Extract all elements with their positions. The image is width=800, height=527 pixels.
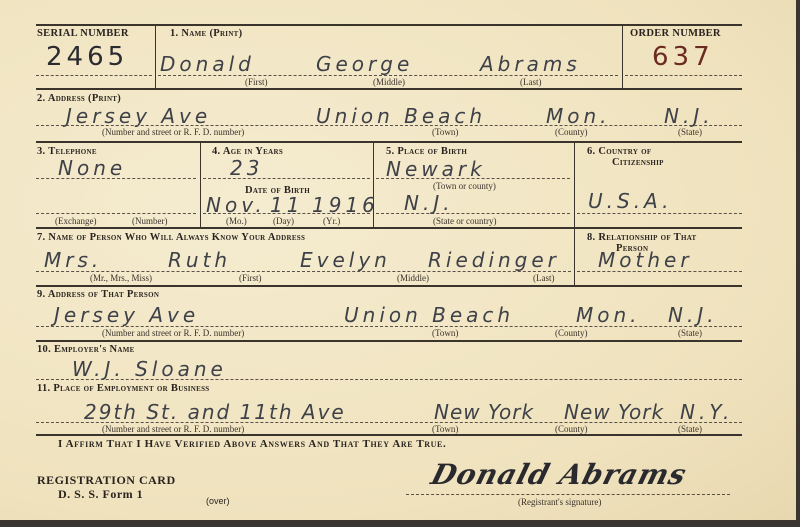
employment-town: New York [434, 400, 534, 424]
birthplace-town-caption: (Town or county) [433, 181, 496, 191]
contact-address-street: Jersey Ave [54, 303, 199, 327]
employment-state: N.Y. [680, 400, 733, 424]
serial-number-value: 2465 [46, 42, 128, 72]
contact-address-town: Union Beach [344, 303, 514, 327]
telephone-value: None [58, 156, 126, 180]
address-street-caption: (Number and street or R. F. D. number) [102, 127, 244, 137]
contact-address-state-caption: (State) [678, 328, 702, 338]
affirmation-text: I Affirm That I Have Verified Above Answ… [58, 438, 446, 450]
serial-line [36, 75, 152, 76]
contact-address-state: N.J. [668, 303, 718, 327]
name-label: 1. Name (Print) [170, 28, 242, 39]
rule [36, 434, 742, 436]
contact-first-caption: (First) [239, 273, 262, 283]
dob-day-caption: (Day) [273, 216, 294, 226]
contact-address-county-caption: (County) [555, 328, 588, 338]
divider [200, 143, 201, 227]
birthplace-line [376, 178, 570, 179]
contact-first: Ruth [168, 248, 231, 272]
address-state-caption: (State) [678, 127, 702, 137]
name-line [158, 75, 618, 76]
name-middle-caption: (Middle) [373, 77, 405, 87]
telephone-line [36, 178, 196, 179]
over-note: (over) [206, 496, 230, 506]
contact-address-line [36, 326, 742, 327]
contact-address-label: 9. Address of That Person [37, 289, 159, 300]
contact-address-town-caption: (Town) [432, 328, 458, 338]
birthplace-state-caption: (State or country) [433, 216, 496, 226]
address-label: 2. Address (Print) [37, 93, 121, 104]
relationship-value: Mother [598, 248, 693, 272]
citizenship-label-2: Citizenship [612, 157, 664, 168]
birthplace-state-line [376, 213, 570, 214]
employment-line [36, 422, 742, 423]
employer-label: 10. Employer's Name [37, 344, 135, 355]
name-last-caption: (Last) [520, 77, 542, 87]
divider [622, 26, 623, 88]
telephone-exchange-caption: (Exchange) [55, 216, 96, 226]
rule [36, 227, 576, 229]
employment-town-caption: (Town) [432, 424, 458, 434]
contact-last-caption: (Last) [533, 273, 555, 283]
employment-street-caption: (Number and street or R. F. D. number) [102, 424, 244, 434]
order-number-label: ORDER NUMBER [630, 28, 721, 39]
serial-number-label: SERIAL NUMBER [37, 28, 129, 39]
signature-line [406, 494, 730, 495]
birthplace-state: N.J. [404, 191, 454, 215]
rule [576, 227, 742, 229]
name-middle: George [316, 52, 413, 76]
employment-place-label: 11. Place of Employment or Business [37, 383, 210, 394]
name-last: Abrams [480, 52, 581, 76]
contact-middle: Evelyn [300, 248, 391, 272]
relationship-label: 8. Relationship of That [587, 232, 697, 243]
employer-value: W.J. Sloane [72, 357, 227, 381]
contact-line [36, 271, 571, 272]
telephone-number-caption: (Number) [132, 216, 168, 226]
contact-address-street-caption: (Number and street or R. F. D. number) [102, 328, 244, 338]
divider [155, 26, 156, 88]
registrant-signature: Donald Abrams [428, 458, 691, 491]
rule [36, 340, 742, 342]
employer-line [36, 379, 742, 380]
rule [36, 141, 742, 143]
relationship-line [577, 271, 742, 272]
dob-yr-caption: (Yr.) [323, 216, 340, 226]
name-first-caption: (First) [245, 77, 268, 87]
contact-title: Mrs. [44, 248, 102, 272]
employment-street: 29th St. and 11th Ave [84, 400, 346, 424]
dob-mo-caption: (Mo.) [226, 216, 247, 226]
citizenship-line [577, 213, 742, 214]
form-id: D. S. S. Form 1 [58, 487, 143, 502]
age-line [203, 178, 370, 179]
employment-state-caption: (State) [678, 424, 702, 434]
telephone-line-2 [36, 213, 196, 214]
rule [36, 285, 742, 287]
top-rule [36, 24, 742, 26]
signature-caption: (Registrant's signature) [518, 497, 601, 507]
contact-address-county: Mon. [576, 303, 641, 327]
age-value: 23 [230, 156, 263, 180]
citizenship-value: U.S.A. [588, 189, 672, 213]
registration-card: SERIAL NUMBER 2465 1. Name (Print) Donal… [0, 0, 796, 520]
rule [36, 88, 742, 90]
employment-county: New York [564, 400, 664, 424]
name-first: Donald [160, 52, 255, 76]
contact-title-caption: (Mr., Mrs., Miss) [90, 273, 152, 283]
dob-line [203, 213, 370, 214]
form-title: REGISTRATION CARD [37, 473, 176, 488]
birthplace-label: 5. Place of Birth [386, 146, 467, 157]
contact-middle-caption: (Middle) [397, 273, 429, 283]
contact-last: Riedinger [428, 248, 560, 272]
contact-label: 7. Name of Person Who Will Always Know Y… [37, 232, 305, 243]
address-line [36, 125, 742, 126]
citizenship-label: 6. Country of [587, 146, 651, 157]
employment-county-caption: (County) [555, 424, 588, 434]
address-county-caption: (County) [555, 127, 588, 137]
order-number-value: 637 [652, 42, 714, 72]
order-line [625, 75, 742, 76]
address-town-caption: (Town) [432, 127, 458, 137]
divider [574, 143, 575, 285]
